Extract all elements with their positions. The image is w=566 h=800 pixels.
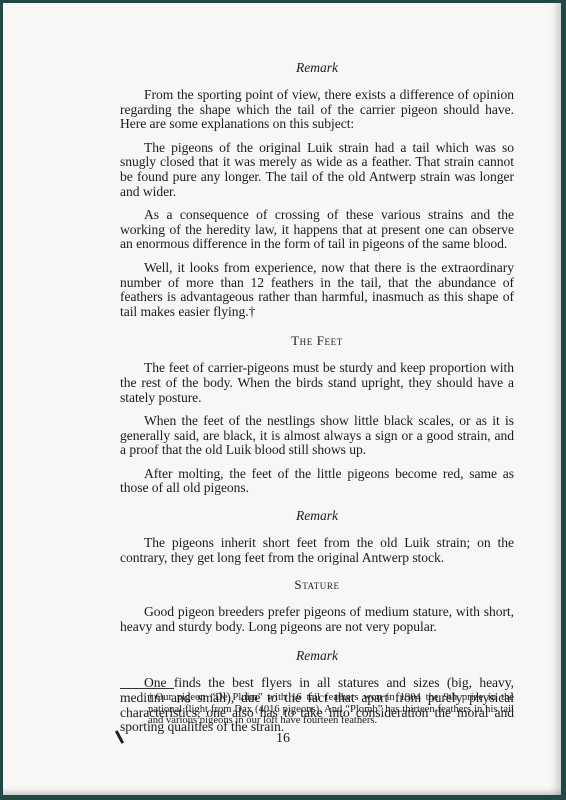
paragraph-inherit-feet: The pigeons inherit short feet from the … xyxy=(120,536,514,565)
paragraph-feet-sturdy: The feet of carrier-pigeons must be stur… xyxy=(120,361,514,405)
remark-heading-1: Remark xyxy=(120,60,514,76)
page-number: 16 xyxy=(0,731,566,747)
footnote: †Our pigeon “De Pluim” with 16 tail feat… xyxy=(148,692,514,727)
footnote-separator xyxy=(120,688,174,689)
paragraph-stature: Good pigeon breeders prefer pigeons of m… xyxy=(120,605,514,634)
paragraph-crossing: As a consequence of crossing of these va… xyxy=(120,208,514,252)
section-heading-the-feet: The Feet xyxy=(120,333,514,349)
paragraph-feathers: Well, it looks from experience, now that… xyxy=(120,261,514,319)
remark-heading-2: Remark xyxy=(120,508,514,524)
main-text-column: Remark From the sporting point of view, … xyxy=(120,60,514,744)
section-heading-stature: Stature xyxy=(120,577,514,593)
paragraph-nestlings: When the feet of the nestlings show litt… xyxy=(120,414,514,458)
remark-heading-3: Remark xyxy=(120,648,514,664)
document-page: Remark From the sporting point of view, … xyxy=(0,0,566,800)
paragraph-molting: After molting, the feet of the little pi… xyxy=(120,467,514,496)
paragraph-luik-strain: The pigeons of the original Luik strain … xyxy=(120,141,514,199)
paragraph-tail-opinion: From the sporting point of view, there e… xyxy=(120,88,514,132)
